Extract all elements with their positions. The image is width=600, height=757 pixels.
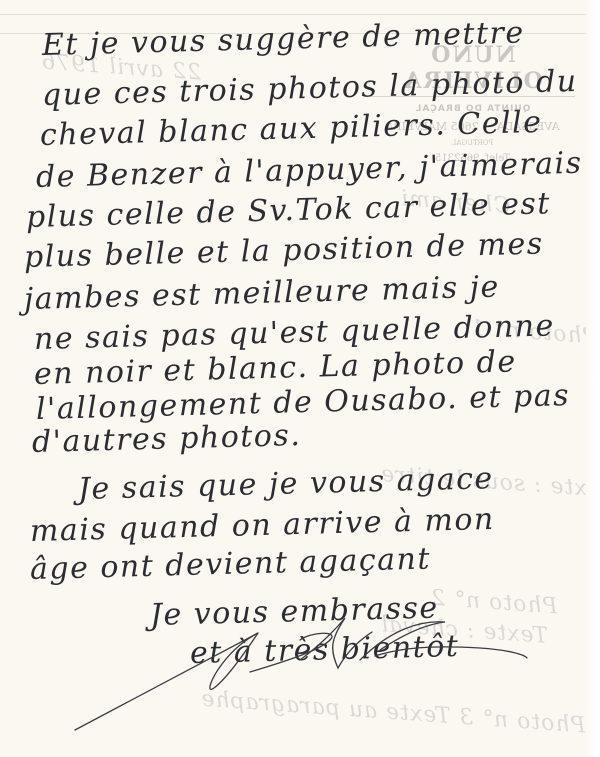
letter-page: NUNO OLIVEIRA QUINTA DO BRAÇAL AVESSADA … — [0, 0, 600, 757]
paper-edge — [586, 0, 600, 757]
signature-icon — [0, 0, 600, 757]
